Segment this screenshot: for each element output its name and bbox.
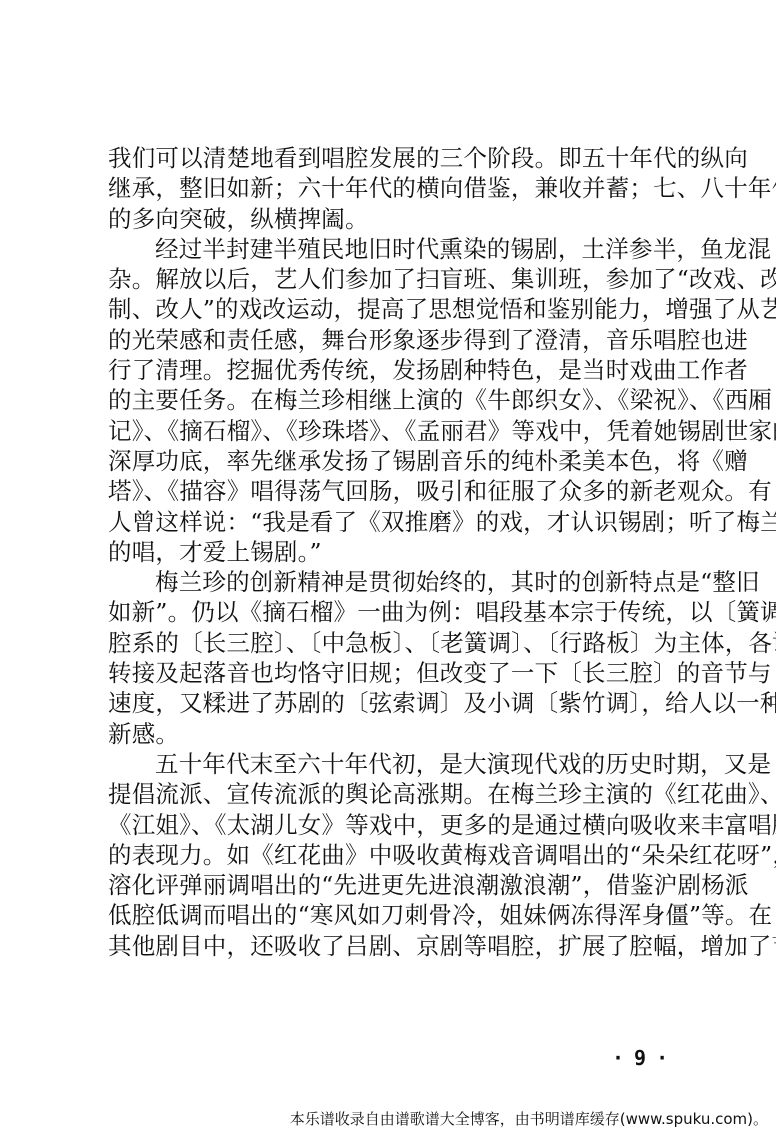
text-line-content: 腔系的〔长三腔〕、〔中急板〕、〔老簧调〕、〔行路板〕为主体，各调的 [108, 628, 686, 658]
text-line: 腔系的〔长三腔〕、〔中急板〕、〔老簧调〕、〔行路板〕为主体，各调的 [108, 628, 686, 658]
text-line: 梅兰珍的创新精神是贯彻始终的，其时的创新特点是“整旧 [108, 567, 686, 597]
text-line-content: 《江姐》、《太湖儿女》等戏中，更多的是通过横向吸收来丰富唱腔 [108, 810, 686, 840]
text-line-content: 如新”。仍以《摘石榴》一曲为例：唱段基本宗于传统，以〔簧调〕 [108, 597, 686, 627]
text-line-content: 经过半封建半殖民地旧时代熏染的锡剧，土洋参半，鱼龙混 [155, 234, 686, 264]
text-line: 五十年代末至六十年代初，是大演现代戏的历史时期，又是 [108, 749, 686, 779]
text-line: 经过半封建半殖民地旧时代熏染的锡剧，土洋参半，鱼龙混 [108, 234, 686, 264]
page-number: ·9· [612, 1046, 678, 1070]
text-line: 的多向突破，纵横捭阖。 [108, 204, 686, 234]
text-line-content: 的表现力。如《红花曲》中吸收黄梅戏音调唱出的“朵朵红花呀”， [108, 840, 686, 870]
text-line-content: 继承，整旧如新；六十年代的横向借鉴，兼收并蓄；七、八十年代 [108, 173, 686, 203]
text-line-content: 人曾这样说：“我是看了《双推磨》的戏，才认识锡剧；听了梅兰珍 [108, 507, 686, 537]
text-line-content: 速度，又糅进了苏剧的〔弦索调〕及小调〔紫竹调〕，给人以一种清 [108, 688, 686, 718]
text-line-content: 的唱，才爱上锡剧。” [108, 537, 686, 567]
text-line-content: 杂。解放以后，艺人们参加了扫盲班、集训班，参加了“改戏、改 [108, 264, 686, 294]
text-line: 溶化评弹丽调唱出的“先进更先进浪潮激浪潮”，借鉴沪剧杨派 [108, 870, 686, 900]
text-line: 继承，整旧如新；六十年代的横向借鉴，兼收并蓄；七、八十年代 [108, 173, 686, 203]
text-line: 记》、《摘石榴》、《珍珠塔》、《孟丽君》等戏中，凭着她锡剧世家的 [108, 416, 686, 446]
text-line: 《江姐》、《太湖儿女》等戏中，更多的是通过横向吸收来丰富唱腔 [108, 810, 686, 840]
text-line: 的光荣感和责任感，舞台形象逐步得到了澄清，音乐唱腔也进 [108, 325, 686, 355]
text-line-content: 塔》、《描容》唱得荡气回肠，吸引和征服了众多的新老观众。有 [108, 476, 686, 506]
text-line: 行了清理。挖掘优秀传统，发扬剧种特色，是当时戏曲工作者 [108, 355, 686, 385]
text-line-content: 转接及起落音也均恪守旧规；但改变了一下〔长三腔〕的音节与 [108, 658, 686, 688]
text-line: 如新”。仍以《摘石榴》一曲为例：唱段基本宗于传统，以〔簧调〕 [108, 597, 686, 627]
text-line-content: 提倡流派、宣传流派的舆论高涨期。在梅兰珍主演的《红花曲》、 [108, 779, 686, 809]
source-footer-note: 本乐谱收录自由谱歌谱大全博客，由书明谱库缓存(www.spuku.com)。 [290, 1108, 768, 1129]
text-line-content: 深厚功底，率先继承发扬了锡剧音乐的纯朴柔美本色，将《赠 [108, 446, 686, 476]
text-line: 的主要任务。在梅兰珍相继上演的《牛郎织女》、《梁祝》、《西厢 [108, 385, 686, 415]
text-line: 的唱，才爱上锡剧。” [108, 537, 686, 567]
text-line-content: 行了清理。挖掘优秀传统，发扬剧种特色，是当时戏曲工作者 [108, 355, 686, 385]
text-line-content: 的光荣感和责任感，舞台形象逐步得到了澄清，音乐唱腔也进 [108, 325, 686, 355]
text-line: 塔》、《描容》唱得荡气回肠，吸引和征服了众多的新老观众。有 [108, 476, 686, 506]
text-line: 人曾这样说：“我是看了《双推磨》的戏，才认识锡剧；听了梅兰珍 [108, 507, 686, 537]
text-line: 我们可以清楚地看到唱腔发展的三个阶段。即五十年代的纵向 [108, 143, 686, 173]
text-line-content: 制、改人”的戏改运动，提高了思想觉悟和鉴别能力，增强了从艺 [108, 294, 686, 324]
text-line-content: 的主要任务。在梅兰珍相继上演的《牛郎织女》、《梁祝》、《西厢 [108, 385, 686, 415]
text-line: 新感。 [108, 719, 686, 749]
text-line: 提倡流派、宣传流派的舆论高涨期。在梅兰珍主演的《红花曲》、 [108, 779, 686, 809]
text-line-content: 的多向突破，纵横捭阖。 [108, 204, 686, 234]
text-line: 其他剧目中，还吸收了吕剧、京剧等唱腔，扩展了腔幅，增加了节 [108, 931, 686, 961]
text-line-content: 五十年代末至六十年代初，是大演现代戏的历史时期，又是 [155, 749, 686, 779]
text-line-content: 低腔低调而唱出的“寒风如刀刺骨冷，姐妹俩冻得浑身僵”等。在 [108, 900, 686, 930]
text-line: 的表现力。如《红花曲》中吸收黄梅戏音调唱出的“朵朵红花呀”， [108, 840, 686, 870]
text-line: 杂。解放以后，艺人们参加了扫盲班、集训班，参加了“改戏、改 [108, 264, 686, 294]
text-line: 速度，又糅进了苏剧的〔弦索调〕及小调〔紫竹调〕，给人以一种清 [108, 688, 686, 718]
text-line-content: 其他剧目中，还吸收了吕剧、京剧等唱腔，扩展了腔幅，增加了节 [108, 931, 686, 961]
text-line-content: 溶化评弹丽调唱出的“先进更先进浪潮激浪潮”，借鉴沪剧杨派 [108, 870, 686, 900]
text-line: 深厚功底，率先继承发扬了锡剧音乐的纯朴柔美本色，将《赠 [108, 446, 686, 476]
text-line: 低腔低调而唱出的“寒风如刀刺骨冷，姐妹俩冻得浑身僵”等。在 [108, 900, 686, 930]
document-body: 我们可以清楚地看到唱腔发展的三个阶段。即五十年代的纵向继承，整旧如新；六十年代的… [108, 143, 686, 961]
text-line-content: 梅兰珍的创新精神是贯彻始终的，其时的创新特点是“整旧 [155, 567, 686, 597]
text-line-content: 新感。 [108, 719, 686, 749]
text-line-content: 我们可以清楚地看到唱腔发展的三个阶段。即五十年代的纵向 [108, 143, 686, 173]
text-line: 转接及起落音也均恪守旧规；但改变了一下〔长三腔〕的音节与 [108, 658, 686, 688]
text-line: 制、改人”的戏改运动，提高了思想觉悟和鉴别能力，增强了从艺 [108, 294, 686, 324]
text-line-content: 记》、《摘石榴》、《珍珠塔》、《孟丽君》等戏中，凭着她锡剧世家的 [108, 416, 686, 446]
